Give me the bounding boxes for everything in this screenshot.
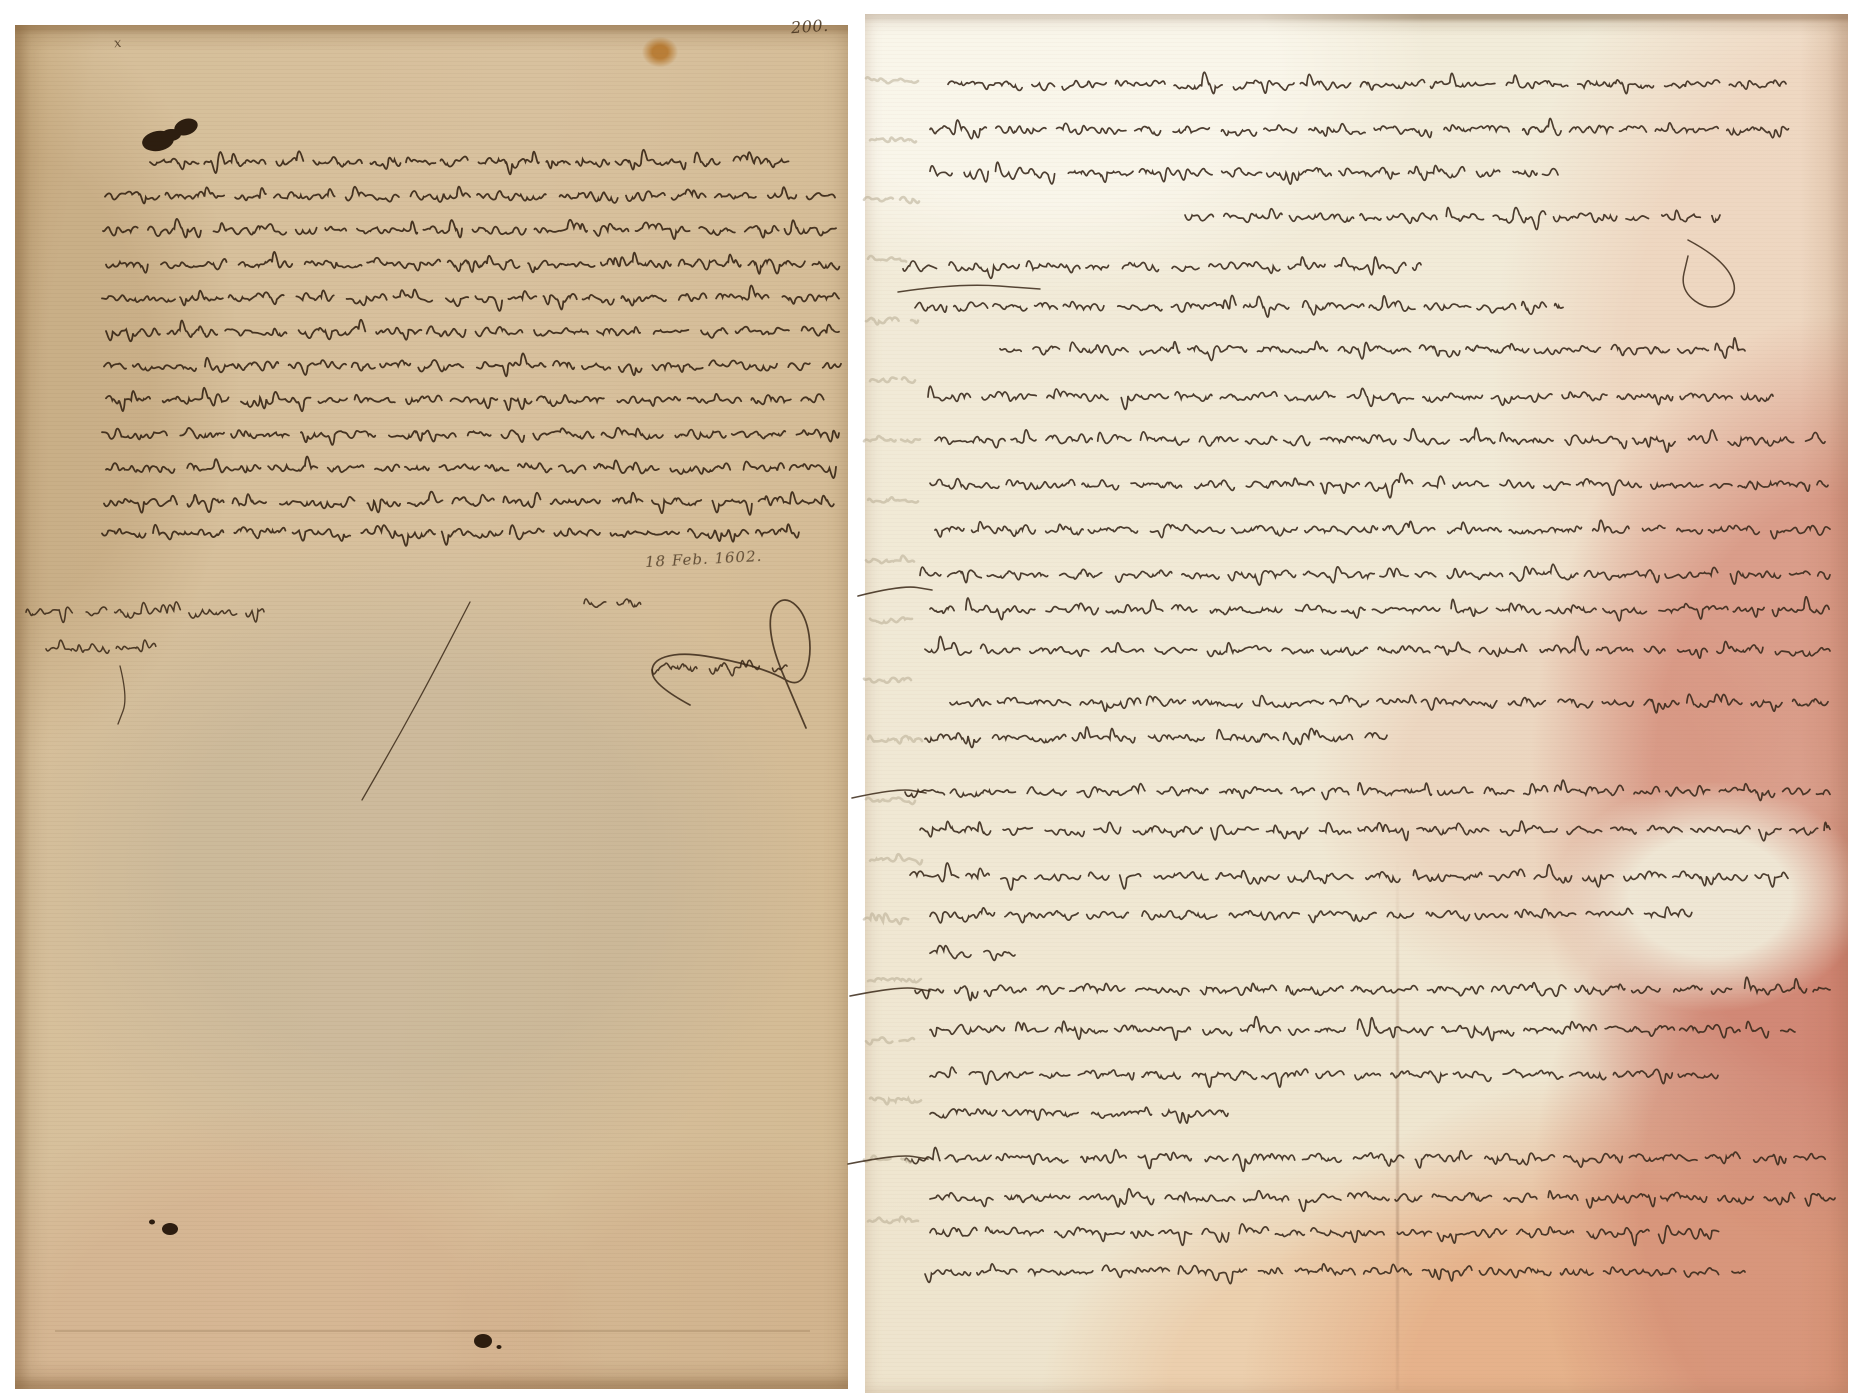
left-page [15,25,848,1389]
right-page-fold-crease [1396,860,1399,1390]
left-page-crease-line [55,1330,810,1332]
folio-number: 200. [790,16,829,38]
right-page [865,14,1848,1393]
manuscript-scan: 200. x 18 Feb. 1602. [0,0,1855,1393]
